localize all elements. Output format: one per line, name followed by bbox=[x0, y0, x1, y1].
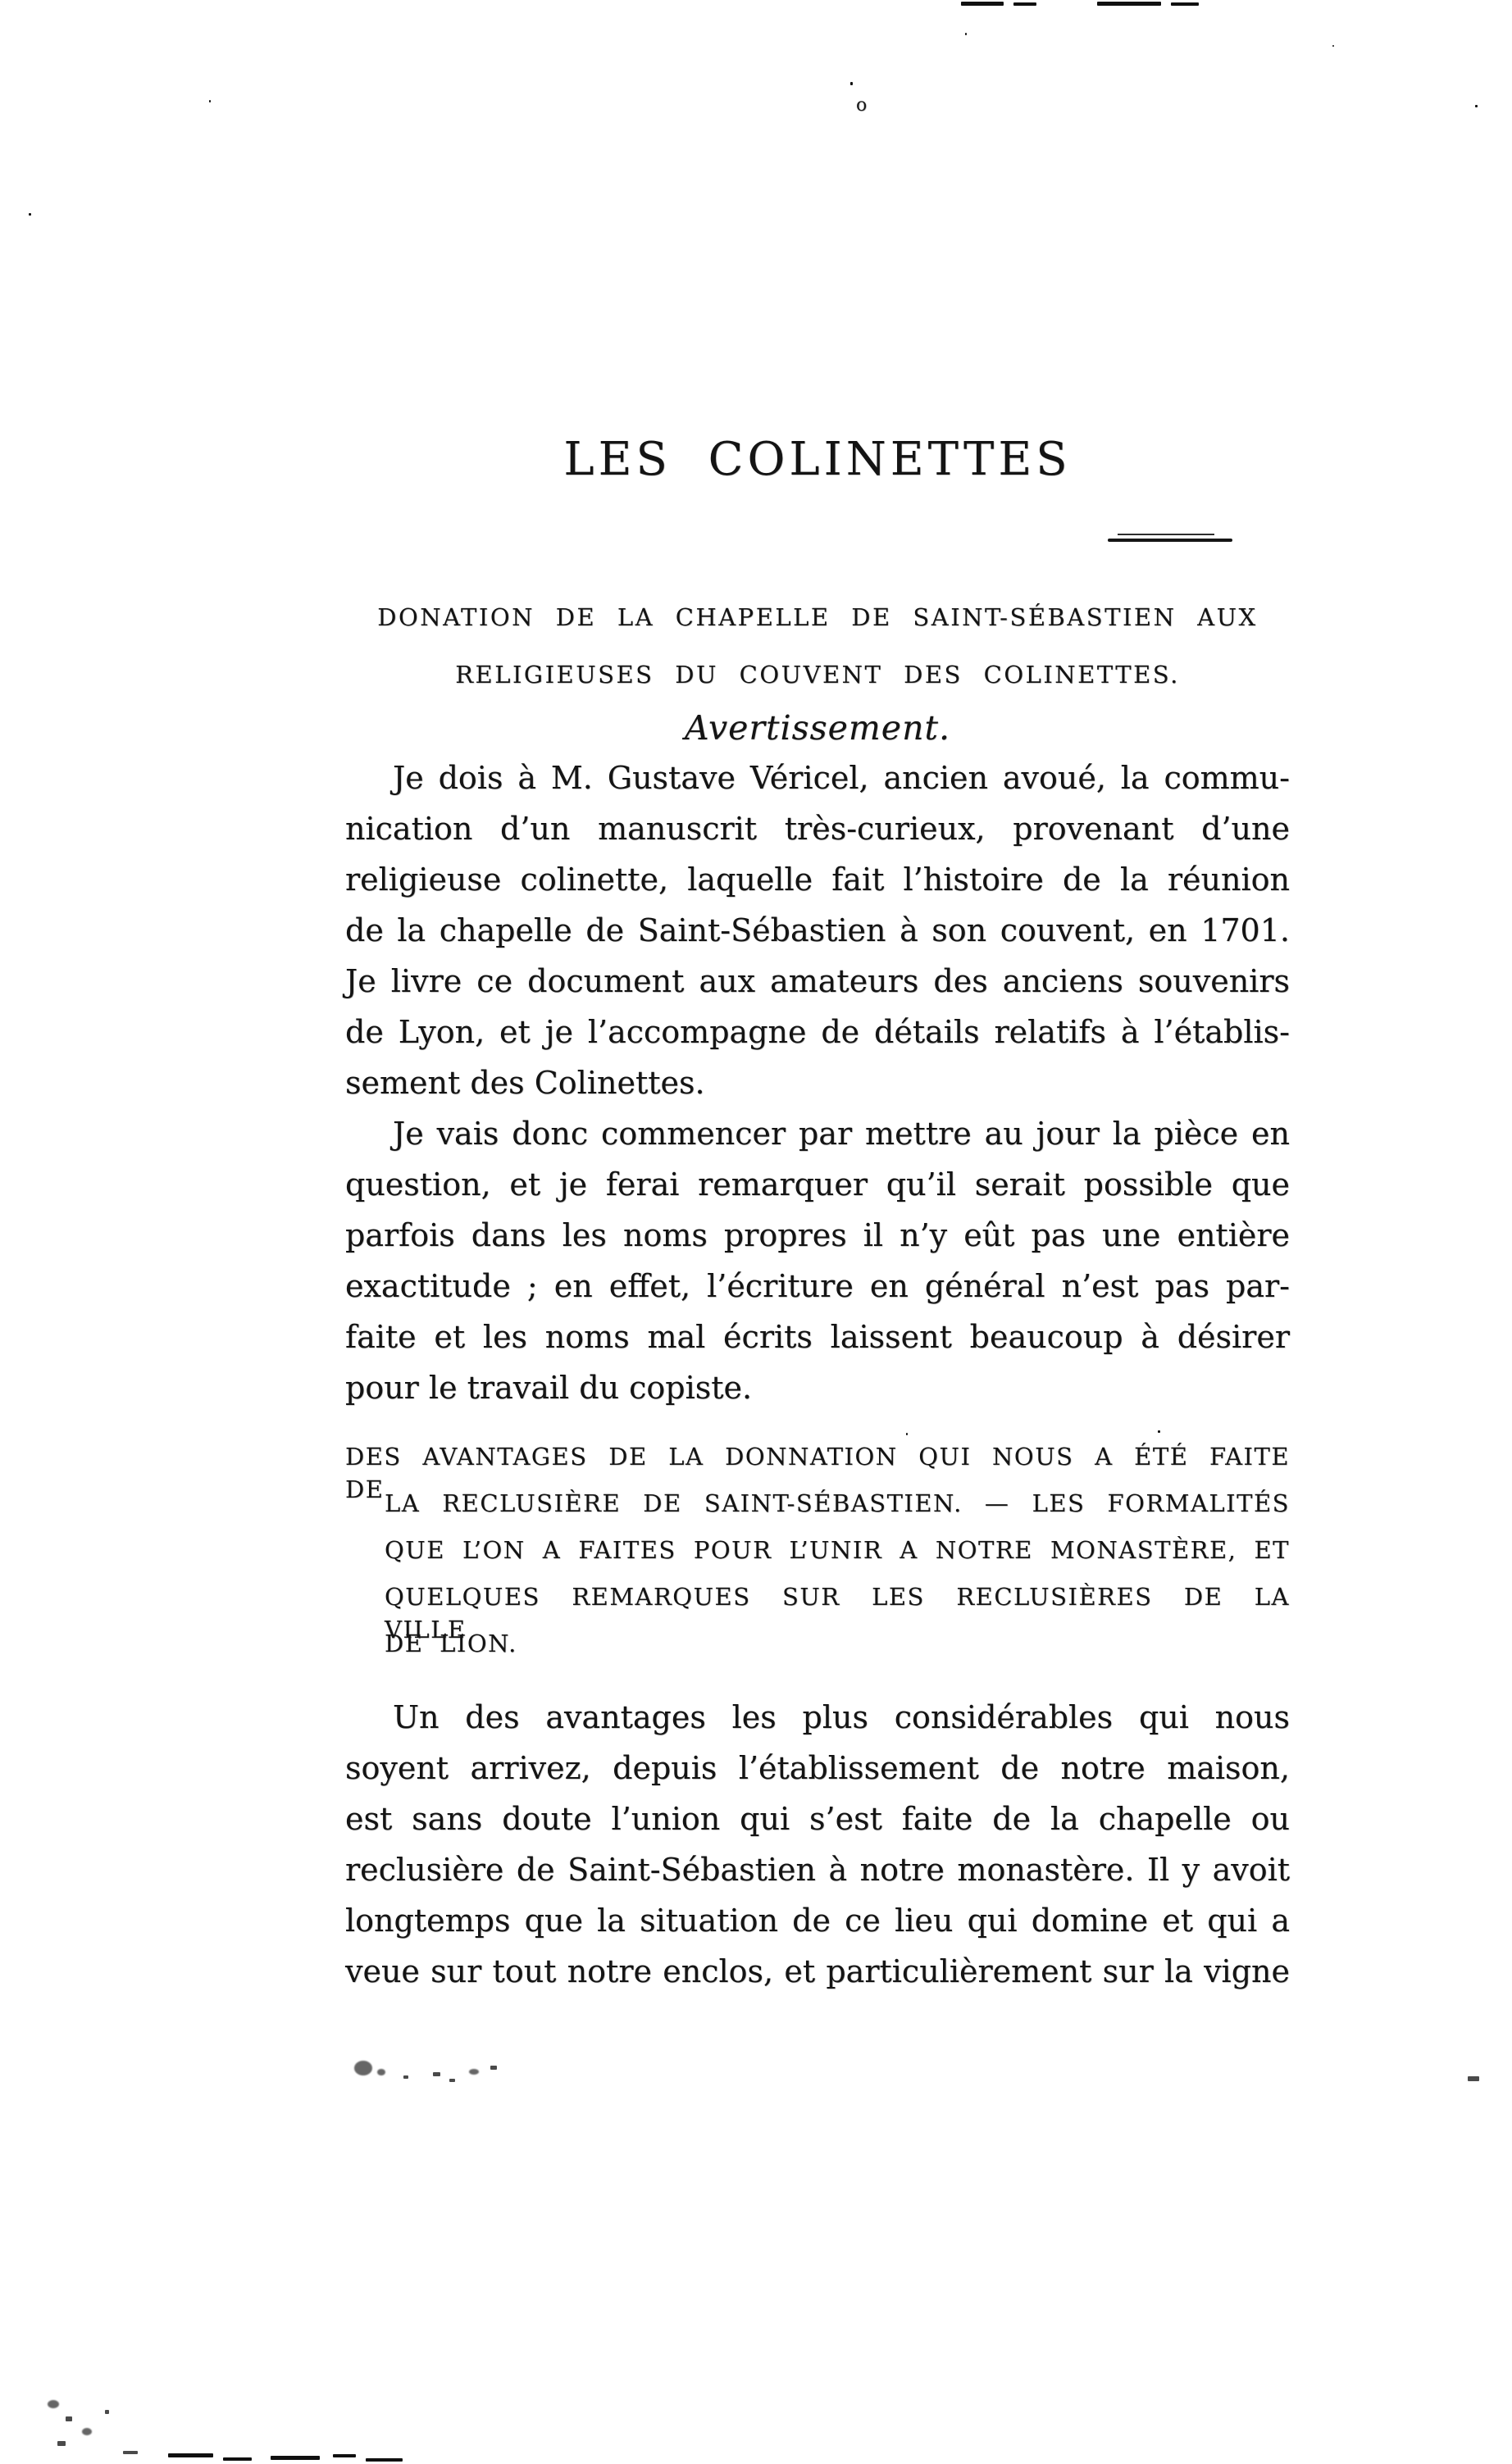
scan-smudge bbox=[469, 2069, 479, 2075]
subtitle-line: RELIGIEUSES DU COUVENT DES COLINETTES. bbox=[345, 661, 1290, 689]
scanned-book-page: o LES COLINETTES DONATION DE LA CHAPELLE… bbox=[0, 0, 1512, 2464]
scan-smudge bbox=[403, 2075, 408, 2079]
scan-artifact bbox=[271, 2456, 320, 2460]
scan-smudge bbox=[82, 2428, 92, 2435]
scan-smudge bbox=[354, 2061, 372, 2075]
scan-smudge bbox=[433, 2072, 440, 2076]
scan-smudge bbox=[57, 2441, 66, 2446]
scan-artifact bbox=[366, 2458, 403, 2462]
scan-artifact bbox=[168, 2453, 213, 2457]
subtitle-line: DONATION DE LA CHAPELLE DE SAINT-SÉBASTI… bbox=[345, 603, 1290, 631]
scan-artifact bbox=[29, 213, 31, 216]
scan-artifact bbox=[333, 2454, 356, 2457]
scan-smudge bbox=[490, 2066, 497, 2070]
scan-smudge bbox=[66, 2416, 72, 2421]
scan-artifact bbox=[223, 2457, 252, 2461]
paragraph1-line: sement des Colinettes. bbox=[345, 1062, 1290, 1103]
scan-smudge bbox=[449, 2079, 455, 2082]
scan-smudge bbox=[48, 2400, 59, 2408]
scan-artifact bbox=[1475, 105, 1478, 107]
scan-artifact bbox=[1332, 45, 1334, 47]
paragraph2-line: pour le travail du copiste. bbox=[345, 1367, 1290, 1408]
caps-heading-line: DE LION. bbox=[385, 1627, 1290, 1660]
page-title: LES COLINETTES bbox=[345, 433, 1290, 486]
scan-artifact bbox=[209, 100, 211, 102]
scan-smudge bbox=[123, 2451, 138, 2454]
scan-smudge bbox=[105, 2410, 109, 2414]
title-divider-rule bbox=[1108, 539, 1232, 542]
section-heading-avertissement: Avertissement. bbox=[345, 708, 1290, 748]
scan-smudge bbox=[1468, 2076, 1479, 2081]
scan-smudge bbox=[377, 2069, 385, 2075]
paragraph3-line: veue sur tout notre enclos, et particuli… bbox=[345, 1951, 1290, 2033]
